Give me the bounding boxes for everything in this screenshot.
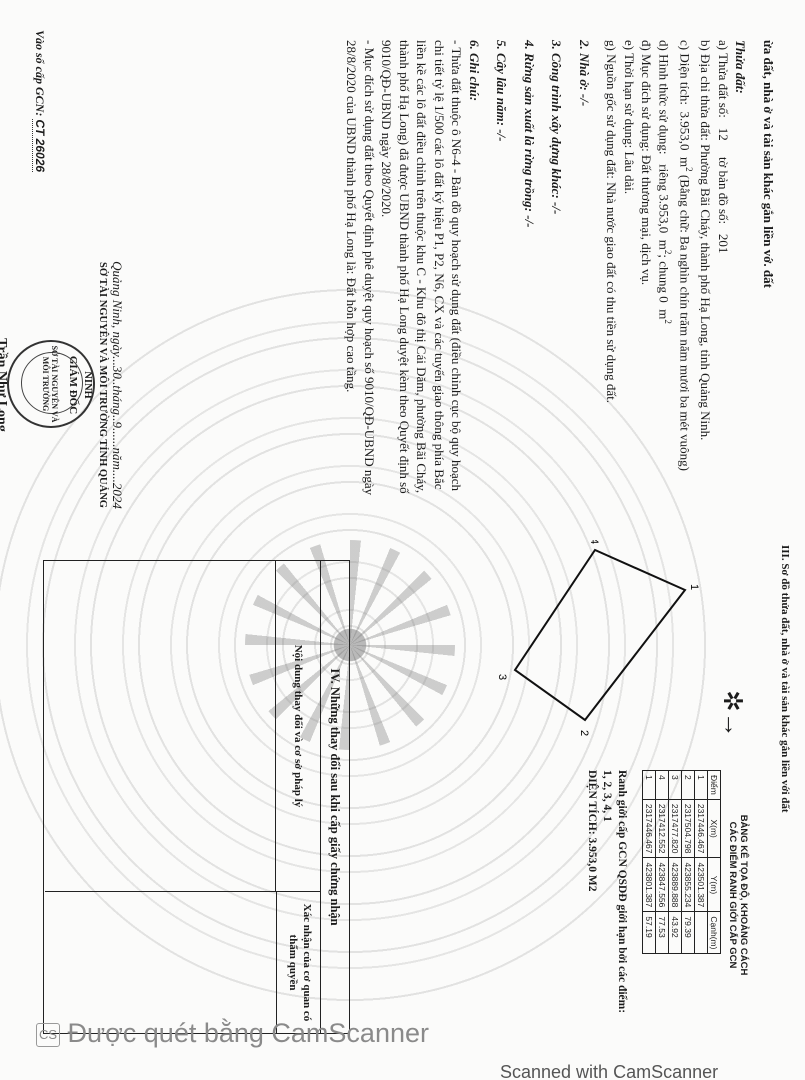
- map-sheet-label: tờ bản đồ số:: [716, 157, 731, 224]
- header-fragment: ừa đất, nhà ở và tài sản khác gắn liền v…: [760, 40, 778, 510]
- area-in-words: (Bằng chữ: Ba nghìn chín trăm năm mươi b…: [678, 175, 693, 471]
- parcel-vertex-label: 4: [588, 540, 600, 544]
- parcel-heading: Thửa đất:: [732, 40, 750, 510]
- forest-item: 4. Rừng sản xuất là rừng trồng: -/-: [520, 40, 538, 510]
- coords-cell: 2317504.798: [682, 799, 695, 858]
- usage-origin: g) Nguồn gốc sử dụng đất: Nhà nước giao …: [603, 40, 621, 510]
- coords-cell: 3: [669, 771, 682, 800]
- coords-cell: 1: [643, 771, 656, 800]
- north-arrow-icon: ✲→: [719, 690, 745, 738]
- coords-header-row: ĐiểmX(m)Y(m)Cạnh(m): [708, 771, 721, 954]
- gcn-entry-value: CT 26026: [32, 119, 47, 172]
- official-stamp: SỞ TÀI NGUYÊN VÀ MÔI TRƯỜNG: [7, 340, 95, 428]
- changes-table: IV. Những thay đổi sau khi cấp giấy chứn…: [43, 560, 350, 1034]
- boundary-info: Ranh giới cấp GCN QSDĐ giới hạn bởi các …: [584, 770, 629, 1013]
- coords-cell: 423855.234: [682, 858, 695, 912]
- usage-shared: ; chung 0: [657, 254, 672, 302]
- note-2: - Mục đích sử dụng đất theo Quyết định p…: [343, 40, 378, 510]
- coords-cell: 79.39: [682, 912, 695, 954]
- parcel-area-line: c) Diện tích: 3.953,0 m2 (Bằng chữ: Ba n…: [676, 40, 697, 510]
- parcel-vertex-label: 1: [688, 584, 700, 590]
- coords-cell: 43.92: [669, 912, 682, 954]
- area-value: 3.953,0: [678, 111, 693, 150]
- changes-content-header: Nội dung thay đổi và cơ sở pháp lý: [275, 561, 320, 892]
- boundary-points: 1, 2, 3, 4, 1: [599, 770, 614, 1013]
- house-item: 2. Nhà ở: -/-: [575, 40, 593, 510]
- total-area: DIỆN TÍCH: 3.953,0 M2: [584, 770, 599, 1013]
- usage-form-line: d) Hình thức sử dụng: riêng 3.953,0 m2; …: [655, 40, 676, 510]
- parcel-outline: [515, 550, 685, 720]
- usage-private: riêng 3.953,0: [657, 164, 672, 233]
- perennial-item: 5. Cây lâu năm: -/-: [493, 40, 511, 510]
- usage-form-label: d) Hình thức sử dụng:: [657, 40, 672, 154]
- coords-cell: 4: [656, 771, 669, 800]
- coords-cell: 2317412.552: [656, 799, 669, 858]
- issue-date: Quảng Ninh, ngày...30..tháng..9......năm…: [110, 260, 125, 510]
- coords-cell: 423501.387: [695, 858, 708, 912]
- usage-purpose: đ) Mục đích sử dụng: Đất thương mại, dịc…: [638, 40, 656, 510]
- changes-confirm-header: Xác nhận của cơ quan có thẩm quyền: [276, 892, 320, 1033]
- coords-cell: 423889.888: [669, 858, 682, 912]
- usage-unit: m: [657, 240, 672, 250]
- coords-row: 12317446.467423501.387: [695, 771, 708, 954]
- map-sheet-no: 201: [716, 234, 731, 254]
- coords-title-line-1: BẢNG KÊ TỌA ĐỘ, KHOẢNG CÁCH: [738, 775, 749, 1015]
- changes-content-cell: [45, 561, 275, 892]
- certificate-page: ừa đất, nhà ở và tài sản khác gắn liền v…: [0, 0, 805, 1080]
- coords-cell: 2: [682, 771, 695, 800]
- parcel-number-line: a) Thửa đất số: 12 tờ bản đồ số: 201: [715, 40, 733, 510]
- area-unit: m: [678, 157, 693, 167]
- coords-table-title: BẢNG KÊ TỌA ĐỘ, KHOẢNG CÁCH CÁC ĐIỂM RAN…: [727, 775, 749, 1015]
- parcel-vertex-label: 2: [578, 730, 590, 736]
- coords-cell: 423847.556: [656, 858, 669, 912]
- parcel-no: 12: [716, 128, 731, 141]
- construction-item: 3. Công trình xây dựng khác: -/-: [548, 40, 566, 510]
- changes-title: IV. Những thay đổi sau khi cấp giấy chứn…: [320, 561, 349, 1033]
- area-label: c) Diện tích:: [678, 40, 693, 105]
- coords-col-header: Y(m): [708, 858, 721, 912]
- coords-col-header: Cạnh(m): [708, 912, 721, 954]
- camscanner-text-vi: Được quét bằng CamScanner: [68, 1018, 429, 1048]
- coords-cell: 2317446.467: [695, 799, 708, 858]
- section3-title: III. Sơ đồ thửa đất, nhà ở và tài sản kh…: [779, 545, 791, 813]
- coords-table: ĐiểmX(m)Y(m)Cạnh(m) 12317446.467423501.3…: [642, 770, 721, 954]
- usage-term: e) Thời hạn sử dụng: Lâu dài.: [620, 40, 638, 510]
- stamp-center-text: SỞ TÀI NGUYÊN VÀ MÔI TRƯỜNG: [41, 342, 59, 426]
- coords-cell: 1: [695, 771, 708, 800]
- coords-cell: 2317446.467: [643, 799, 656, 858]
- coords-col-header: Điểm: [708, 771, 721, 800]
- coords-row: 32317477.820423889.88843.92: [669, 771, 682, 954]
- usage-unit-2: m: [657, 309, 672, 319]
- coords-col-header: X(m): [708, 799, 721, 858]
- camscanner-watermark-vi: CS Được quét bằng CamScanner: [36, 1018, 429, 1049]
- coords-row: 12317446.467423801.38757.19: [643, 771, 656, 954]
- gcn-entry-label: Vào sổ cấp GCN:: [33, 30, 47, 116]
- camscanner-watermark-en: Scanned with CamScanner: [500, 1062, 718, 1080]
- gcn-entry: Vào sổ cấp GCN: CT 26026: [32, 30, 47, 172]
- coords-cell: 57.19: [643, 912, 656, 954]
- parcel-address: b) Địa chỉ thửa đất: Phường Bãi Cháy, th…: [697, 40, 715, 510]
- coords-cell: [695, 912, 708, 954]
- parcel-no-label: a) Thửa đất số:: [716, 40, 731, 118]
- parcel-vertex-label: 3: [496, 674, 508, 680]
- land-details: ừa đất, nhà ở và tài sản khác gắn liền v…: [343, 40, 777, 510]
- note-1: - Thửa đất thuộc ô N6-4 - Bản đồ quy hoạ…: [378, 40, 466, 510]
- coords-cell: 423801.387: [643, 858, 656, 912]
- boundary-text: Ranh giới cấp GCN QSDĐ giới hạn bởi các …: [614, 770, 629, 1013]
- parcel-diagram: 1234: [485, 540, 705, 780]
- notes-heading: 6. Ghi chú:: [465, 40, 483, 510]
- camscanner-icon: CS: [36, 1023, 60, 1047]
- coords-row: 22317504.798423855.23479.39: [682, 771, 695, 954]
- coords-cell: 77.53: [656, 912, 669, 954]
- coords-cell: 2317477.820: [669, 799, 682, 858]
- coords-title-line-2: CÁC ĐIỂM RANH GIỚI CẤP GCN: [727, 775, 738, 1015]
- coords-row: 42317412.552423847.55677.53: [656, 771, 669, 954]
